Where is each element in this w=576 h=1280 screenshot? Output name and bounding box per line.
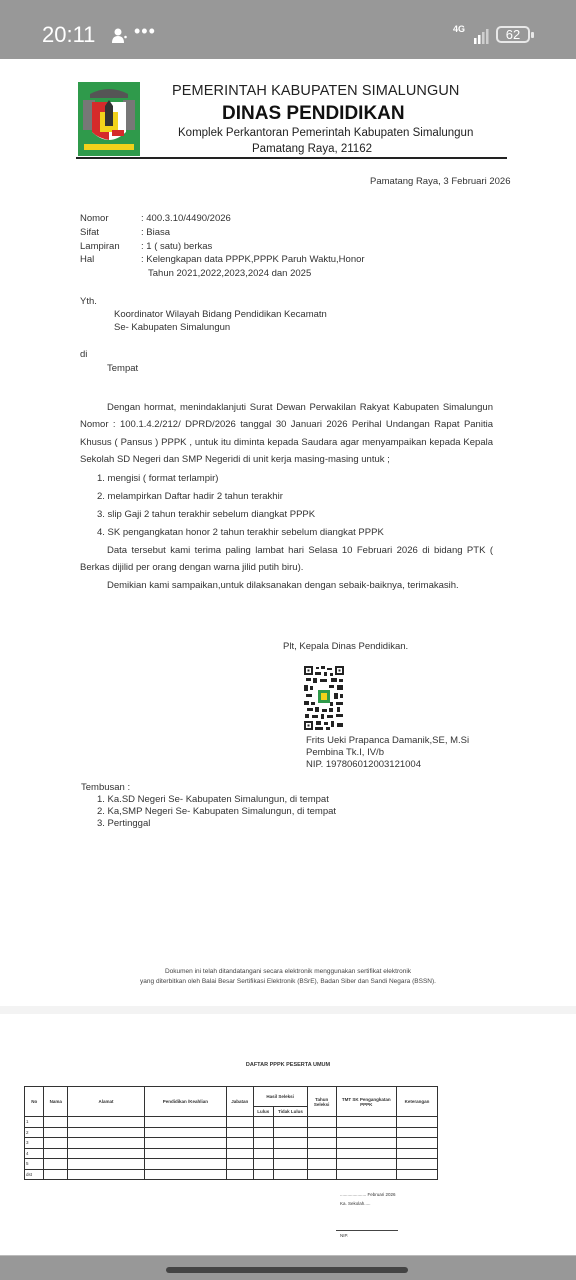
- battery-icon: 62: [496, 26, 530, 43]
- qr-code-signature: [304, 666, 344, 730]
- body-paragraph-1: Dengan hormat, menindaklanjuti Surat Dew…: [80, 399, 493, 468]
- salutation-yth: Yth.: [80, 296, 97, 307]
- col-header-lulus: Lulus: [253, 1107, 273, 1117]
- list-item: 3. slip Gaji 2 tahun terakhir sebelum di…: [97, 509, 315, 520]
- signer-title: Plt, Kepala Dinas Pendidikan.: [283, 641, 408, 652]
- table-row: 2: [25, 1127, 438, 1138]
- clock: 20:11: [42, 22, 95, 48]
- table-row: 3: [25, 1138, 438, 1149]
- col-header-hasil-seleksi: Hasil Seleksi: [253, 1087, 307, 1107]
- attachment-table: No Nama Alamat Pendidikan /Keahlian Jaba…: [24, 1086, 438, 1180]
- more-notifications-icon: •••: [134, 21, 156, 42]
- body-paragraph-1-text: Dengan hormat, menindaklanjuti Surat Dew…: [80, 402, 493, 465]
- tembusan-item: 1. Ka.SD Negeri Se- Kabupaten Simalungun…: [97, 794, 329, 805]
- tembusan-title: Tembusan :: [81, 782, 130, 793]
- letterhead-city: Pamatang Raya, 21162: [252, 143, 372, 155]
- row-number: dst: [25, 1169, 44, 1180]
- table-row: 5: [25, 1159, 438, 1170]
- row-number: 3: [25, 1138, 44, 1149]
- col-header-jabatan: Jabatan: [226, 1087, 253, 1117]
- letter-date: Pamatang Raya, 3 Februari 2026: [370, 176, 510, 187]
- signer-nip: NIP. 197806012003121004: [306, 759, 421, 770]
- body-paragraph-3: Demikian kami sampaikan,untuk dilaksanak…: [107, 580, 459, 591]
- list-item: 4. SK pengangkatan honor 2 tahun terakhi…: [97, 527, 384, 538]
- signature-line: [336, 1230, 398, 1231]
- row-number: 4: [25, 1148, 44, 1159]
- esign-note-line-1: Dokumen ini telah ditandatangani secara …: [0, 968, 576, 975]
- letterhead-office: DINAS PENDIDIKAN: [222, 103, 405, 125]
- col-header-alamat: Alamat: [68, 1087, 145, 1117]
- col-header-nama: Nama: [44, 1087, 68, 1117]
- row-number: 5: [25, 1159, 44, 1170]
- simalungun-emblem-logo: [78, 82, 140, 156]
- signer-rank: Pembina Tk.I, IV/b: [306, 747, 384, 758]
- meta-value-hal: : Kelengkapan data PPPK,PPPK Paruh Waktu…: [141, 254, 365, 265]
- home-gesture-handle[interactable]: [166, 1267, 408, 1273]
- meta-value-hal-cont: Tahun 2021,2022,2023,2024 dan 2025: [148, 268, 311, 279]
- meta-value-sifat: : Biasa: [141, 227, 170, 238]
- tembusan-item: 2. Ka,SMP Negeri Se- Kabupaten Simalungu…: [97, 806, 336, 817]
- table-row: 4: [25, 1148, 438, 1159]
- network-type-icon: 4G: [453, 25, 465, 33]
- recipient-tempat: Tempat: [107, 363, 138, 374]
- body-paragraph-2: Data tersebut kami terima paling lambat …: [80, 542, 493, 577]
- page-separator: [0, 1006, 576, 1014]
- person-add-icon: [110, 26, 128, 44]
- col-header-tmt: TMT SK Pengangkatan PPPK: [336, 1087, 396, 1117]
- attachment-sign-date: ..................... Februari 2026: [340, 1192, 396, 1197]
- col-header-no: No: [25, 1087, 44, 1117]
- tembusan-item: 3. Pertinggal: [97, 818, 150, 829]
- meta-label-sifat: Sifat: [80, 227, 99, 238]
- recipient-line-1: Koordinator Wilayah Bidang Pendidikan Ke…: [114, 309, 327, 320]
- letterhead-divider: [76, 157, 507, 159]
- meta-label-nomor: Nomor: [80, 213, 109, 224]
- col-header-tahun-seleksi: Tahun Seleksi: [307, 1087, 336, 1117]
- attachment-sign-nip: NIP.: [340, 1233, 348, 1238]
- attachment-title: DAFTAR PPPK PESERTA UMUM: [0, 1062, 576, 1068]
- meta-value-lampiran: : 1 ( satu) berkas: [141, 241, 212, 252]
- meta-label-hal: Hal: [80, 254, 94, 265]
- signer-name: Frits Ueki Prapanca Damanik,SE, M.Si: [306, 735, 469, 746]
- recipient-di: di: [80, 349, 87, 360]
- status-bar: 20:11 ••• 4G 62: [0, 0, 576, 59]
- col-header-keterangan: Keterangan: [396, 1087, 437, 1117]
- attachment-sign-role: Ka. Sekolah.....: [340, 1201, 371, 1206]
- meta-value-nomor: : 400.3.10/4490/2026: [141, 213, 231, 224]
- col-header-tidak-lulus: Tidak Lulus: [274, 1107, 308, 1117]
- row-number: 2: [25, 1127, 44, 1138]
- meta-label-lampiran: Lampiran: [80, 241, 120, 252]
- list-item: 2. melampirkan Daftar hadir 2 tahun tera…: [97, 491, 283, 502]
- letterhead-address: Komplek Perkantoran Pemerintah Kabupaten…: [178, 127, 473, 139]
- list-item: 1. mengisi ( format terlampir): [97, 473, 218, 484]
- signal-icon: [474, 28, 490, 44]
- table-row: dst: [25, 1169, 438, 1180]
- body-paragraph-2-text: Data tersebut kami terima paling lambat …: [80, 545, 493, 573]
- col-header-pendidikan: Pendidikan /Keahlian: [144, 1087, 226, 1117]
- letterhead-government: PEMERINTAH KABUPATEN SIMALUNGUN: [172, 83, 460, 99]
- esign-note-line-2: yang diterbitkan oleh Balai Besar Sertif…: [0, 978, 576, 985]
- recipient-line-2: Se- Kabupaten Simalungun: [114, 322, 230, 333]
- row-number: 1: [25, 1117, 44, 1128]
- table-row: 1: [25, 1117, 438, 1128]
